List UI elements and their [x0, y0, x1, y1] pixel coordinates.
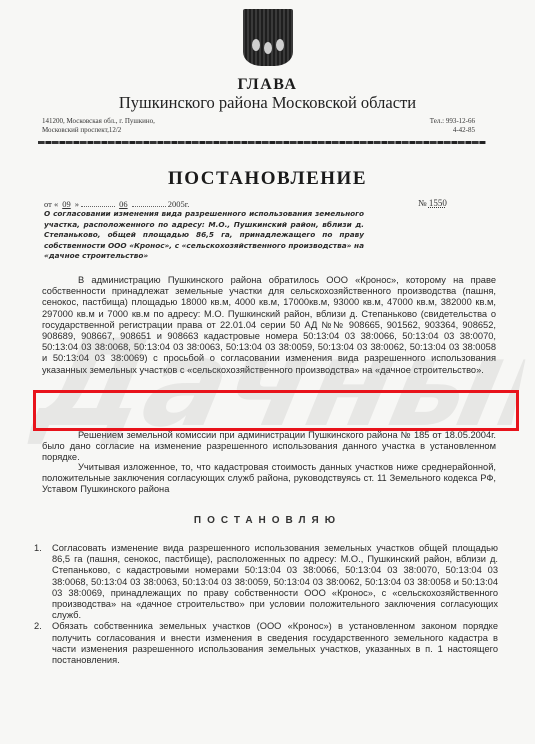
number-label: №: [418, 198, 427, 208]
decree-items: 1. Согласовать изменение вида разрешенно…: [34, 543, 498, 666]
document-title: ПОСТАНОВЛЕНИЕ: [0, 168, 535, 190]
item-text: Согласовать изменение вида разрешенного …: [52, 543, 498, 620]
address-line: 141200, Московская обл., г. Пушкино,: [42, 117, 155, 126]
paragraph-text: Решением земельной комиссии при админист…: [42, 430, 496, 464]
phone-line: Тел.: 993-12-66: [430, 117, 475, 126]
date-prefix: от «: [44, 199, 58, 209]
decree-item: 2. Обязать собственника земельных участк…: [34, 621, 498, 666]
document-number: № 1550: [418, 198, 447, 208]
header-title: ГЛАВА: [0, 76, 535, 94]
decree-item: 1. Согласовать изменение вида разрешенно…: [34, 543, 498, 621]
header-address: 141200, Московская обл., г. Пушкино, Мос…: [42, 117, 155, 135]
paragraph-text: В администрацию Пушкинского района обрат…: [42, 275, 496, 376]
highlight-box: [33, 390, 519, 431]
date-quote: »: [75, 199, 79, 209]
phone-line: 4-42-85: [430, 126, 475, 135]
header-phone: Тел.: 993-12-66 4-42-85: [430, 117, 475, 135]
item-text: Обязать собственника земельных участков …: [52, 621, 498, 665]
document-date: от «09» 06 2005г.: [44, 198, 189, 209]
scanned-document-page: ГЛАВА Пушкинского района Московской обла…: [0, 0, 535, 744]
header-subtitle: Пушкинского района Московской области: [0, 93, 535, 113]
paragraph-text: Учитывая изложенное, то, что кадастровая…: [42, 462, 496, 496]
document-subject: О согласовании изменения вида разрешенно…: [44, 209, 364, 262]
body-paragraph-2: Решением земельной комиссии при админист…: [42, 430, 496, 464]
date-month: 06: [115, 199, 132, 209]
number-value: 1550: [429, 198, 447, 208]
body-paragraph-3: Учитывая изложенное, то, что кадастровая…: [42, 462, 496, 496]
header-divider: [38, 141, 486, 144]
decree-heading: ПОСТАНОВЛЯЮ: [0, 515, 535, 526]
address-line: Московский проспект,12/2: [42, 126, 155, 135]
coat-of-arms-icon: [243, 9, 293, 66]
body-paragraph-1: В администрацию Пушкинского района обрат…: [42, 275, 496, 376]
item-number: 2.: [34, 621, 42, 632]
date-year: 2005г.: [168, 199, 190, 209]
item-number: 1.: [34, 543, 42, 554]
date-day: 09: [58, 199, 75, 209]
